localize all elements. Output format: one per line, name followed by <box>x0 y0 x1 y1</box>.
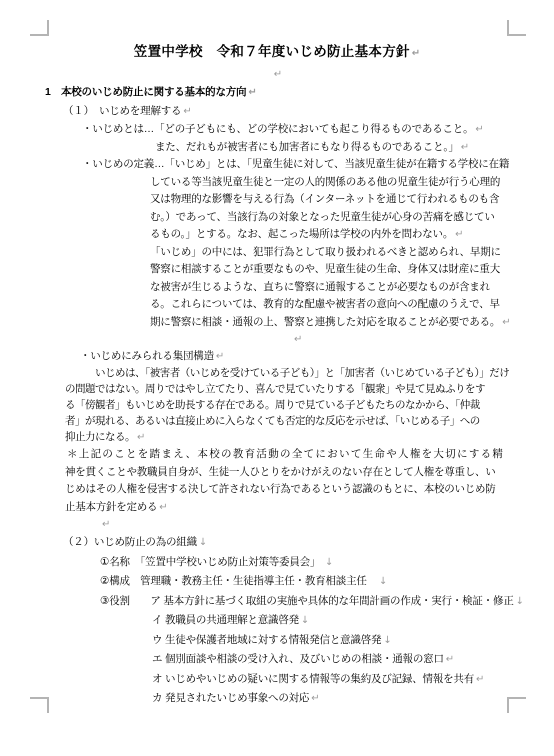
linebreak-mark-icon: ↓ <box>383 635 391 646</box>
paragraph-mark-icon: ↵ <box>476 674 484 685</box>
line-text: 抑止力になる。 <box>65 431 135 443</box>
paragraph-mark-icon: ↵ <box>294 334 302 345</box>
line-text: じめはその人権を侵害する決して許されない行為であるという認識のもとに、本校のいじ… <box>65 483 496 495</box>
line-text: るもの。」とする。なお、起こった場所は学校の内外を問わない。 <box>150 228 453 240</box>
line-text: している等当該児童生徒と一定の人的関係のある他の児童生徒が行う心理的 <box>150 176 500 188</box>
crop-mark-top-left-icon <box>30 20 49 36</box>
paragraph-mark-icon: ↵ <box>248 87 256 98</box>
org-role-line-o: オ いじめやいじめの疑いに関する情報等の集約及び記録、情報を共有↵ <box>0 670 554 690</box>
line-text: ・いじめとは…「どの子どもにも、どの学校においても起こり得るものであること。 <box>82 123 473 135</box>
doc-line: 警察に相談することが重要なものや、児童生徒の生命、身体又は財産に重大 <box>0 261 554 279</box>
blank-line: ↵ <box>0 516 554 533</box>
line-text: 者」が現れる、あるいは直接止めに入らなくても否定的な反応を示せば、「いじめる子」… <box>65 415 480 427</box>
doc-line: ＊上記のことを踏まえ、本校の教育活動の全てにおいて生命や人権を大切にする精 <box>0 446 554 464</box>
blank-line: ↵ <box>0 331 554 348</box>
document-page: 笠置中学校 令和７年度いじめ防止基本方針↵↵1 本校のいじめ防止に関する基本的な… <box>0 0 554 756</box>
line-text: ・いじめにみられる集団構造 <box>80 350 214 362</box>
paragraph-mark-icon: ↵ <box>455 229 463 240</box>
paragraph-mark-icon: ↵ <box>102 519 110 530</box>
linebreak-mark-icon: ↓ <box>325 557 333 568</box>
doc-line: 期に警察に相談・通報の上、警察と連携した対応を取ることが必要である。↵ <box>0 314 554 332</box>
doc-line: 又は物理的な影響を与える行為（インターネットを通じて行われるものも含 <box>0 191 554 209</box>
paragraph-mark-icon: ↵ <box>216 351 224 362</box>
blank-line: ↵ <box>0 66 554 83</box>
org-name-line: ①名称 「笠置中学校いじめ防止対策等委員会」 ↓ <box>0 553 554 573</box>
paragraph-mark-icon: ↵ <box>274 69 282 80</box>
doc-line: 神を貫くことや教職員自身が、生徒一人ひとりをかけがえのない存在として人権を尊重し… <box>0 464 554 482</box>
line-text: また、だれもが被害者にも加害者にもなり得るものであること。」 <box>155 141 459 153</box>
doc-line: じめはその人権を侵害する決して許されない行為であるという認識のもとに、本校のいじ… <box>0 481 554 499</box>
subsection-1-2: （２）いじめ防止の為の組織↓ <box>0 533 554 553</box>
doc-line: るもの。」とする。なお、起こった場所は学校の内外を問わない。↵ <box>0 226 554 244</box>
org-role-line-a: ③役割 ア 基本方針に基づく取組の実施や具体的な年間計画の作成・実行・検証・修正… <box>0 592 554 612</box>
line-text: 又は物理的な影響を与える行為（インターネットを通じて行われるものも含 <box>150 193 499 205</box>
doc-line: いじめは、「被害者（いじめを受けている子ども）」と「加害者（いじめている子ども）… <box>0 365 554 381</box>
line-text: いじめは、「被害者（いじめを受けている子ども）」と「加害者（いじめている子ども）… <box>95 367 509 379</box>
doc-line: 「いじめ」の中には、犯罪行為として取り扱われるべきと認められ、早期に <box>0 244 554 262</box>
line-text: ＊上記のことを踏まえ、本校の教育活動の全てにおいて生命や人権を大切にする精 <box>67 448 504 460</box>
paragraph-mark-icon: ↵ <box>461 142 469 153</box>
line-text: の問題ではない。周りではやし立てたり、喜んで見ていたりする「観衆」や見て見ぬふり… <box>65 383 485 395</box>
doc-line: 止基本方針を定める↵ <box>0 499 554 517</box>
subsection-1-1: （１） いじめを理解する↵ <box>0 102 554 121</box>
line-text: ・いじめの定義…「いじめ」とは、「児童生徒に対して、当該児童生徒が在籍する学校に… <box>82 158 509 170</box>
paragraph-mark-icon: ↵ <box>137 432 145 443</box>
line-text: 1 本校のいじめ防止に関する基本的な方向 <box>45 86 246 98</box>
linebreak-mark-icon: ↓ <box>516 596 524 607</box>
line-text: 警察に相談することが重要なものや、児童生徒の生命、身体又は財産に重大 <box>150 263 500 275</box>
document-title: 笠置中学校 令和７年度いじめ防止基本方針↵ <box>0 40 554 66</box>
doc-line: ・いじめの定義…「いじめ」とは、「児童生徒に対して、当該児童生徒が在籍する学校に… <box>0 156 554 174</box>
line-text: カ 発見されたいじめ事象への対応 <box>152 692 309 704</box>
doc-line: また、だれもが被害者にも加害者にもなり得るものであること。」↵ <box>0 139 554 157</box>
line-text: 「いじめ」の中には、犯罪行為として取り扱われるべきと認められ、早期に <box>150 246 501 258</box>
crop-mark-top-right-icon <box>507 20 526 36</box>
doc-line: な被害が生じるような、直ちに警察に通報することが必要なものが含まれ <box>0 279 554 297</box>
paragraph-mark-icon: ↵ <box>446 654 454 665</box>
doc-line: 者」が現れる、あるいは直接止めに入らなくても否定的な反応を示せば、「いじめる子」… <box>0 413 554 429</box>
line-text: る「傍観者」もいじめを助長する存在である。周りで見ている子どもたちのなかから、「… <box>65 399 480 411</box>
doc-line: む。）であって、当該行為の対象となった児童生徒が心身の苦痛を感じてい <box>0 209 554 227</box>
line-text: ③役割 ア 基本方針に基づく取組の実施や具体的な年間計画の作成・実行・検証・修正 <box>100 595 514 607</box>
doc-line: る。これらについては、教育的な配慮や被害者の意向への配慮のうえで、早 <box>0 296 554 314</box>
line-text: な被害が生じるような、直ちに警察に通報することが必要なものが含まれ <box>150 281 490 293</box>
line-text: む。）であって、当該行為の対象となった児童生徒が心身の苦痛を感じてい <box>150 211 495 223</box>
org-role-line-ka: カ 発見されたいじめ事象への対応↵ <box>0 689 554 709</box>
doc-line: る「傍観者」もいじめを助長する存在である。周りで見ている子どもたちのなかから、「… <box>0 397 554 413</box>
line-text: ②構成 管理職・教務主任・生徒指導主任・教育相談主任 <box>100 575 377 587</box>
line-text: イ 教職員の共通理解と意識啓発 <box>152 614 299 626</box>
doc-line: ・いじめとは…「どの子どもにも、どの学校においても起こり得るものであること。↵ <box>0 121 554 139</box>
org-members-line: ②構成 管理職・教務主任・生徒指導主任・教育相談主任 ↓ <box>0 572 554 592</box>
paragraph-mark-icon: ↵ <box>502 317 510 328</box>
line-text: ①名称 「笠置中学校いじめ防止対策等委員会」 <box>100 556 323 568</box>
line-text: エ 個別面談や相談の受け入れ、及びいじめの相談・通報の窓口 <box>152 653 444 665</box>
paragraph-mark-icon: ↵ <box>311 693 319 704</box>
line-text: 期に警察に相談・通報の上、警察と連携した対応を取ることが必要である。 <box>150 316 500 328</box>
linebreak-mark-icon: ↓ <box>379 576 387 587</box>
document-lines: 笠置中学校 令和７年度いじめ防止基本方針↵↵1 本校のいじめ防止に関する基本的な… <box>0 40 554 709</box>
line-text: オ いじめやいじめの疑いに関する情報等の集約及び記録、情報を共有 <box>152 673 474 685</box>
doc-line: の問題ではない。周りではやし立てたり、喜んで見ていたりする「観衆」や見て見ぬふり… <box>0 381 554 397</box>
paragraph-mark-icon: ↵ <box>475 124 483 135</box>
line-text: 笠置中学校 令和７年度いじめ防止基本方針 <box>134 44 410 59</box>
line-text: （１） いじめを理解する <box>63 105 181 117</box>
line-text: 止基本方針を定める <box>65 501 157 513</box>
paragraph-mark-icon: ↵ <box>183 106 191 117</box>
linebreak-mark-icon: ↓ <box>301 615 309 626</box>
line-text: 神を貫くことや教職員自身が、生徒一人ひとりをかけがえのない存在として人権を尊重し… <box>65 466 496 478</box>
doc-line: 抑止力になる。↵ <box>0 429 554 446</box>
org-role-line-i: イ 教職員の共通理解と意識啓発↓ <box>0 611 554 631</box>
paragraph-mark-icon: ↵ <box>159 502 167 513</box>
linebreak-mark-icon: ↓ <box>199 537 207 548</box>
line-text: ウ 生徒や保護者地域に対する情報発信と意識啓発 <box>152 634 381 646</box>
org-role-line-e: エ 個別面談や相談の受け入れ、及びいじめの相談・通報の窓口↵ <box>0 650 554 670</box>
paragraph-mark-icon: ↵ <box>412 48 420 59</box>
doc-line: している等当該児童生徒と一定の人的関係のある他の児童生徒が行う心理的 <box>0 174 554 192</box>
line-text: （２）いじめ防止の為の組織 <box>63 536 197 548</box>
section-1-heading: 1 本校のいじめ防止に関する基本的な方向↵ <box>0 83 554 102</box>
bullet-group-structure: ・いじめにみられる集団構造↵ <box>0 348 554 365</box>
org-role-line-u: ウ 生徒や保護者地域に対する情報発信と意識啓発↓ <box>0 631 554 651</box>
line-text: る。これらについては、教育的な配慮や被害者の意向への配慮のうえで、早 <box>150 298 500 310</box>
